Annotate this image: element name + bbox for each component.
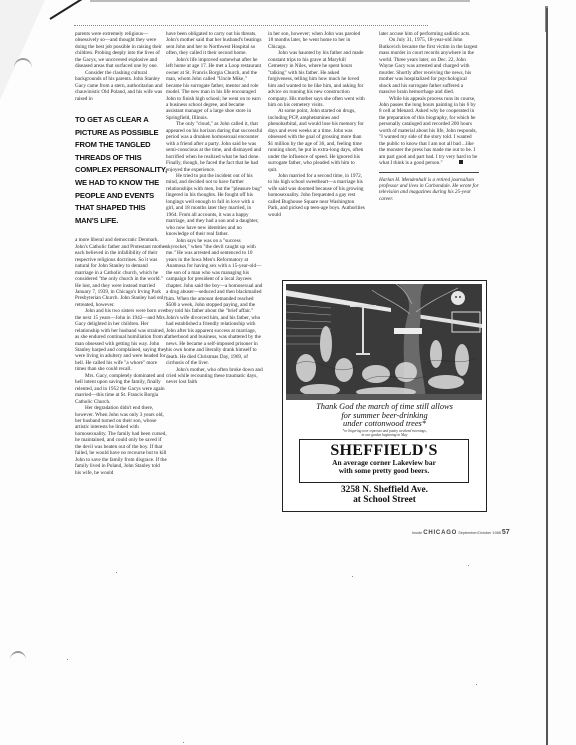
pull-quote: TO GET AS CLEAR A PICTURE AS POSSIBLE FR… [75,114,167,227]
tagline-line: under cottonwood trees* [283,420,486,429]
page-number: 57 [502,529,510,536]
paragraph: John married for a second time, in 1972,… [268,173,365,218]
paragraph: parents were extremely religious—obsessi… [75,31,167,70]
sheffields-advertisement: Thank God the march of time still allows… [282,280,487,512]
paragraph: While his appeals process runs its cours… [379,96,479,167]
top-dotted-rule [74,25,428,26]
magazine-name: CHICAGO [423,530,457,536]
paragraph: He tried to put the incident out of his … [166,173,263,238]
paragraph: have been obligated to carry out his thr… [166,31,263,57]
paragraph: John was haunted by his father and made … [268,50,365,108]
punch-hole-bottom [10,651,26,669]
paragraph: On July 31, 1975, 18-year-old John Butko… [379,37,479,95]
article-column-2: have been obligated to carry out his thr… [166,31,263,386]
folio-prefix: Inside [412,531,422,535]
paragraph: John and his two sisters were born over … [75,308,167,373]
ad-illustration [286,284,482,400]
paragraph: John says he was on a "success skyrocket… [166,238,263,367]
scan-speck [67,659,68,660]
page-top-edge [90,0,470,2]
punch-hole-top [14,58,32,78]
scan-speck [352,576,353,577]
ad-name-box: SHEFFIELD'S An average corner Lakeview b… [299,439,469,483]
paragraph-text: While his appeals process runs its cours… [379,96,477,167]
scan-speck [476,684,477,685]
page-folio: Inside CHICAGO September/October 1988 57 [412,529,510,536]
end-mark-icon [459,160,463,164]
address-line: 3258 N. Sheffield Ave. [283,485,486,495]
scan-scratch-mark [49,0,84,20]
paragraph: The only "cloud," as John called it, tha… [166,121,263,173]
paragraph: a more liberal and democratic Denmark. J… [75,237,167,308]
article-column-1: parents were extremely religious—obsessi… [75,31,167,476]
business-address: 3258 N. Sheffield Ave. at School Street [283,485,486,505]
paragraph: Her degradation didn't end there, howeve… [75,405,167,476]
ad-fine-print: *or lingering over espresso and pastry w… [283,429,486,437]
bio-divider [379,172,479,173]
scan-speck [468,565,469,566]
paragraph: John's life improved somewhat after he l… [166,57,263,122]
business-slogan-line: with some pretty good beers. [300,467,468,475]
article-column-4: later accuse him of performing sadistic … [379,31,479,202]
scan-shadow [0,0,45,100]
page-right-edge [546,8,548,745]
paragraph: Consider the clashing cultural backgroun… [75,70,167,102]
issue-date: September/October 1988 [458,531,501,535]
article-column-3: in her son, however; when John was parol… [268,31,365,218]
scan-speck [116,572,117,573]
author-bio: Harlan H. Mendenhall is a retired journa… [379,177,479,203]
business-name: SHEFFIELD'S [300,443,468,459]
beer-garden-illustration-icon [286,284,482,400]
scan-speck [183,742,184,743]
paragraph: Mrs. Gacy, completely dominated and hell… [75,373,167,405]
ad-tagline: Thank God the march of time still allows… [283,403,486,429]
address-line: at School Street [283,495,486,505]
paragraph: John's mother, who often broke down and … [166,367,263,386]
paragraph: At some point, John started on drugs, in… [268,108,365,173]
fine-print-line: in our garden beginning in May [283,433,486,437]
paragraph: in her son, however; when John was parol… [268,31,365,50]
